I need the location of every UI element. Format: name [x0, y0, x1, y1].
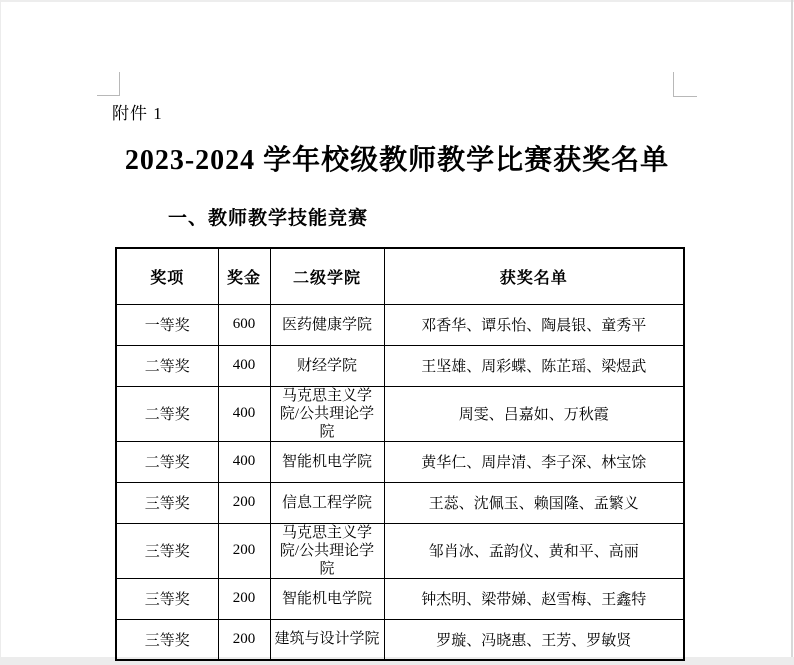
table-row: 一等奖 600 医药健康学院 邓香华、谭乐怡、陶晨银、童秀平 — [116, 304, 684, 345]
attachment-label: 附件 1 — [112, 102, 163, 126]
page-edge-right — [791, 0, 793, 665]
page-edge-left — [0, 0, 1, 665]
table-row: 二等奖 400 智能机电学院 黄华仁、周岸清、李子深、林宝馀 — [116, 441, 684, 482]
award-cell: 二等奖 — [116, 441, 218, 482]
winners-cell: 周雯、吕嘉如、万秋霞 — [384, 386, 684, 441]
award-cell: 三等奖 — [116, 578, 218, 619]
winners-cell: 邓香华、谭乐怡、陶晨银、童秀平 — [384, 304, 684, 345]
prize-cell: 400 — [218, 441, 270, 482]
header-winners: 获奖名单 — [384, 248, 684, 304]
winners-cell: 罗璇、冯晓惠、王芳、罗敏贤 — [384, 619, 684, 660]
table-row: 二等奖 400 马克思主义学院/公共理论学院 周雯、吕嘉如、万秋霞 — [116, 386, 684, 441]
prize-cell: 200 — [218, 523, 270, 578]
table-header-row: 奖项 奖金 二级学院 获奖名单 — [116, 248, 684, 304]
prize-cell: 400 — [218, 345, 270, 386]
table-row: 三等奖 200 建筑与设计学院 罗璇、冯晓惠、王芳、罗敏贤 — [116, 619, 684, 660]
crop-mark-top-right-icon — [673, 72, 697, 97]
award-cell: 三等奖 — [116, 482, 218, 523]
college-cell: 智能机电学院 — [270, 578, 384, 619]
college-cell: 马克思主义学院/公共理论学院 — [270, 386, 384, 441]
section-heading: 一、教师教学技能竞赛 — [168, 206, 368, 232]
header-prize: 奖金 — [218, 248, 270, 304]
table-row: 二等奖 400 财经学院 王坚雄、周彩蝶、陈芷瑶、梁煜武 — [116, 345, 684, 386]
prize-cell: 400 — [218, 386, 270, 441]
award-cell: 二等奖 — [116, 345, 218, 386]
header-college: 二级学院 — [270, 248, 384, 304]
winners-cell: 王蕊、沈佩玉、赖国隆、孟繁义 — [384, 482, 684, 523]
college-cell: 建筑与设计学院 — [270, 619, 384, 660]
page-edge-top — [0, 0, 794, 2]
winners-cell: 黄华仁、周岸清、李子深、林宝馀 — [384, 441, 684, 482]
award-cell: 三等奖 — [116, 523, 218, 578]
prize-cell: 200 — [218, 578, 270, 619]
crop-mark-top-left-icon — [97, 72, 120, 96]
prize-cell: 200 — [218, 482, 270, 523]
prize-cell: 600 — [218, 304, 270, 345]
award-cell: 二等奖 — [116, 386, 218, 441]
document-title: 2023-2024 学年校级教师教学比赛获奖名单 — [0, 143, 794, 179]
table-row: 三等奖 200 信息工程学院 王蕊、沈佩玉、赖国隆、孟繁义 — [116, 482, 684, 523]
winners-cell: 王坚雄、周彩蝶、陈芷瑶、梁煜武 — [384, 345, 684, 386]
college-cell: 智能机电学院 — [270, 441, 384, 482]
college-cell: 信息工程学院 — [270, 482, 384, 523]
table-row: 三等奖 200 马克思主义学院/公共理论学院 邹肖冰、孟韵仪、黄和平、高丽 — [116, 523, 684, 578]
winners-cell: 钟杰明、梁带娣、赵雪梅、王鑫特 — [384, 578, 684, 619]
award-cell: 一等奖 — [116, 304, 218, 345]
college-cell: 医药健康学院 — [270, 304, 384, 345]
award-cell: 三等奖 — [116, 619, 218, 660]
college-cell: 马克思主义学院/公共理论学院 — [270, 523, 384, 578]
awards-table: 奖项 奖金 二级学院 获奖名单 一等奖 600 医药健康学院 邓香华、谭乐怡、陶… — [115, 247, 685, 661]
prize-cell: 200 — [218, 619, 270, 660]
header-award: 奖项 — [116, 248, 218, 304]
document-page: 附件 1 2023-2024 学年校级教师教学比赛获奖名单 一、教师教学技能竞赛… — [0, 0, 794, 665]
table-row: 三等奖 200 智能机电学院 钟杰明、梁带娣、赵雪梅、王鑫特 — [116, 578, 684, 619]
winners-cell: 邹肖冰、孟韵仪、黄和平、高丽 — [384, 523, 684, 578]
college-cell: 财经学院 — [270, 345, 384, 386]
